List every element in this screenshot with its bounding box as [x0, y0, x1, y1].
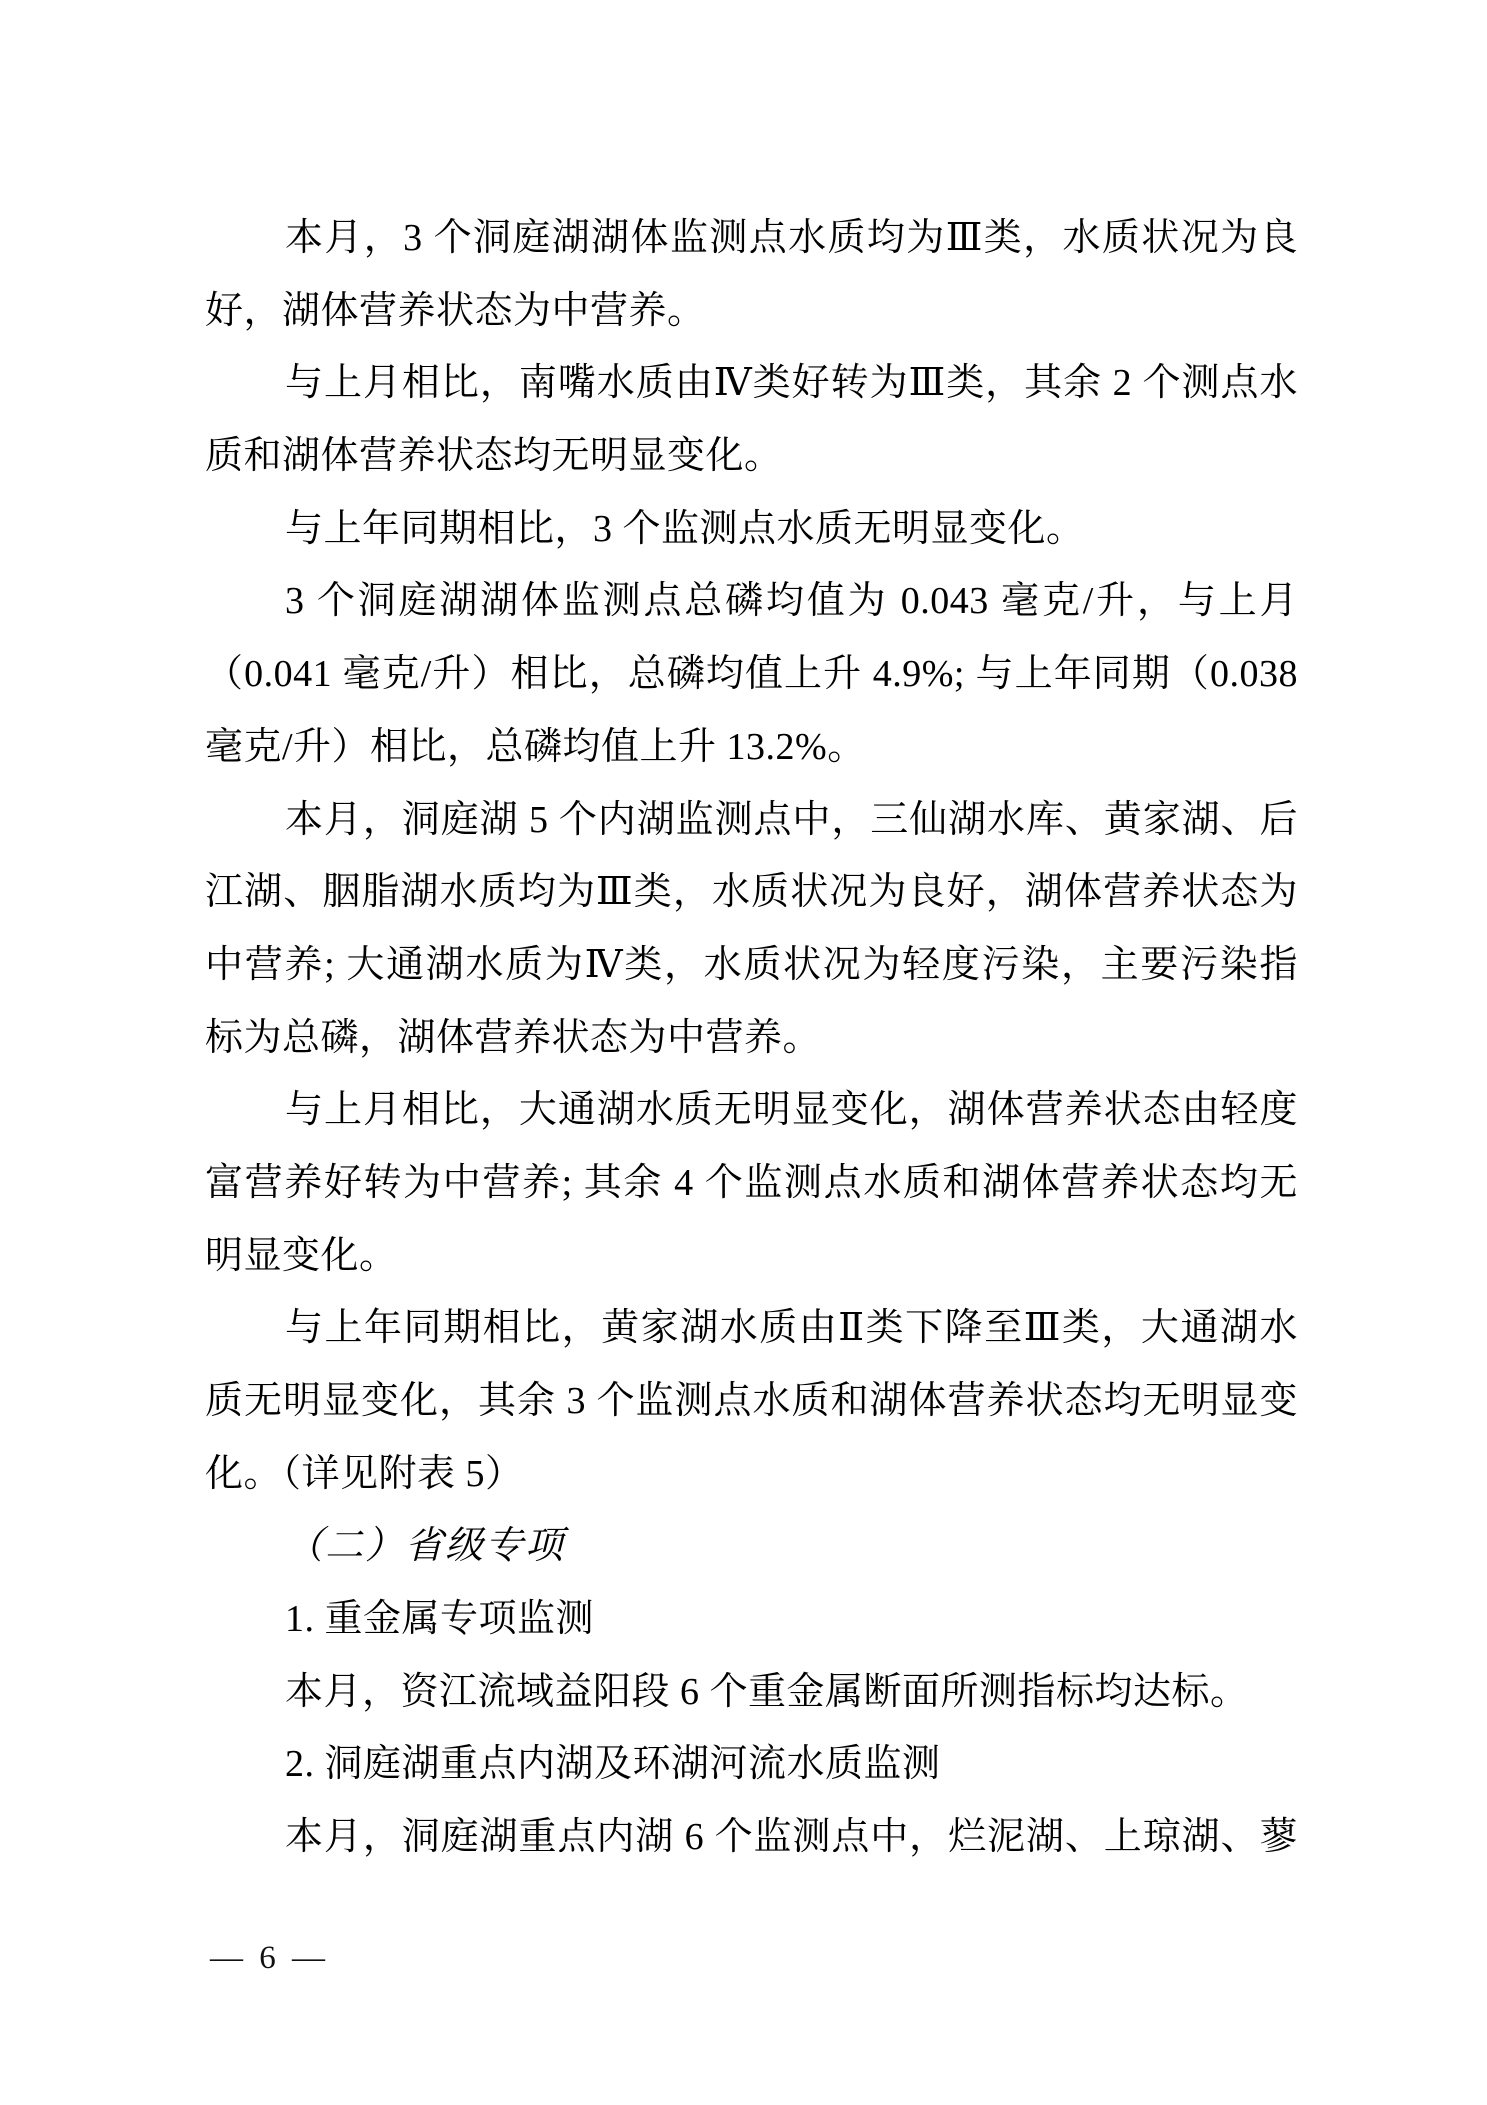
text-line: 与上年同期相比，3 个监测点水质无明显变化。 [205, 493, 1298, 566]
text-line: 本月，洞庭湖重点内湖 6 个监测点中，烂泥湖、上琼湖、蓼 [205, 1801, 1298, 1874]
text-line: 中营养; 大通湖水质为Ⅳ类，水质状况为轻度污染，主要污染指 [205, 929, 1298, 1002]
text-line: 明显变化。 [205, 1220, 1298, 1293]
text-line: 本月，资江流域益阳段 6 个重金属断面所测指标均达标。 [205, 1656, 1298, 1729]
text-line: 与上月相比，大通湖水质无明显变化，湖体营养状态由轻度 [205, 1074, 1298, 1147]
page-number: — 6 — [210, 1936, 329, 1980]
section-heading: （二）省级专项 [205, 1510, 1298, 1583]
text-line: 毫克/升）相比，总磷均值上升 13.2%。 [205, 711, 1298, 784]
text-line: 本月，洞庭湖 5 个内湖监测点中，三仙湖水库、黄家湖、后 [205, 784, 1298, 857]
text-block: 本月，3 个洞庭湖湖体监测点水质均为Ⅲ类，水质状况为良 好，湖体营养状态为中营养… [205, 202, 1298, 1874]
text-line: 与上月相比，南嘴水质由Ⅳ类好转为Ⅲ类，其余 2 个测点水 [205, 347, 1298, 420]
text-line: 江湖、胭脂湖水质均为Ⅲ类，水质状况为良好，湖体营养状态为 [205, 856, 1298, 929]
text-line: 好，湖体营养状态为中营养。 [205, 275, 1298, 348]
text-line: 化。（详见附表 5） [205, 1438, 1298, 1511]
list-item-title: 2. 洞庭湖重点内湖及环湖河流水质监测 [205, 1728, 1298, 1801]
text-line: 质和湖体营养状态均无明显变化。 [205, 420, 1298, 493]
text-line: 富营养好转为中营养; 其余 4 个监测点水质和湖体营养状态均无 [205, 1147, 1298, 1220]
text-line: 3 个洞庭湖湖体监测点总磷均值为 0.043 毫克/升，与上月 [205, 565, 1298, 638]
text-line: 本月，3 个洞庭湖湖体监测点水质均为Ⅲ类，水质状况为良 [205, 202, 1298, 275]
document-page: 本月，3 个洞庭湖湖体监测点水质均为Ⅲ类，水质状况为良 好，湖体营养状态为中营养… [0, 0, 1487, 2105]
text-line: （0.041 毫克/升）相比，总磷均值上升 4.9%; 与上年同期（0.038 [205, 638, 1298, 711]
text-line: 标为总磷，湖体营养状态为中营养。 [205, 1002, 1298, 1075]
text-line: 与上年同期相比，黄家湖水质由Ⅱ类下降至Ⅲ类，大通湖水 [205, 1292, 1298, 1365]
text-line: 质无明显变化，其余 3 个监测点水质和湖体营养状态均无明显变 [205, 1365, 1298, 1438]
list-item-title: 1. 重金属专项监测 [205, 1583, 1298, 1656]
